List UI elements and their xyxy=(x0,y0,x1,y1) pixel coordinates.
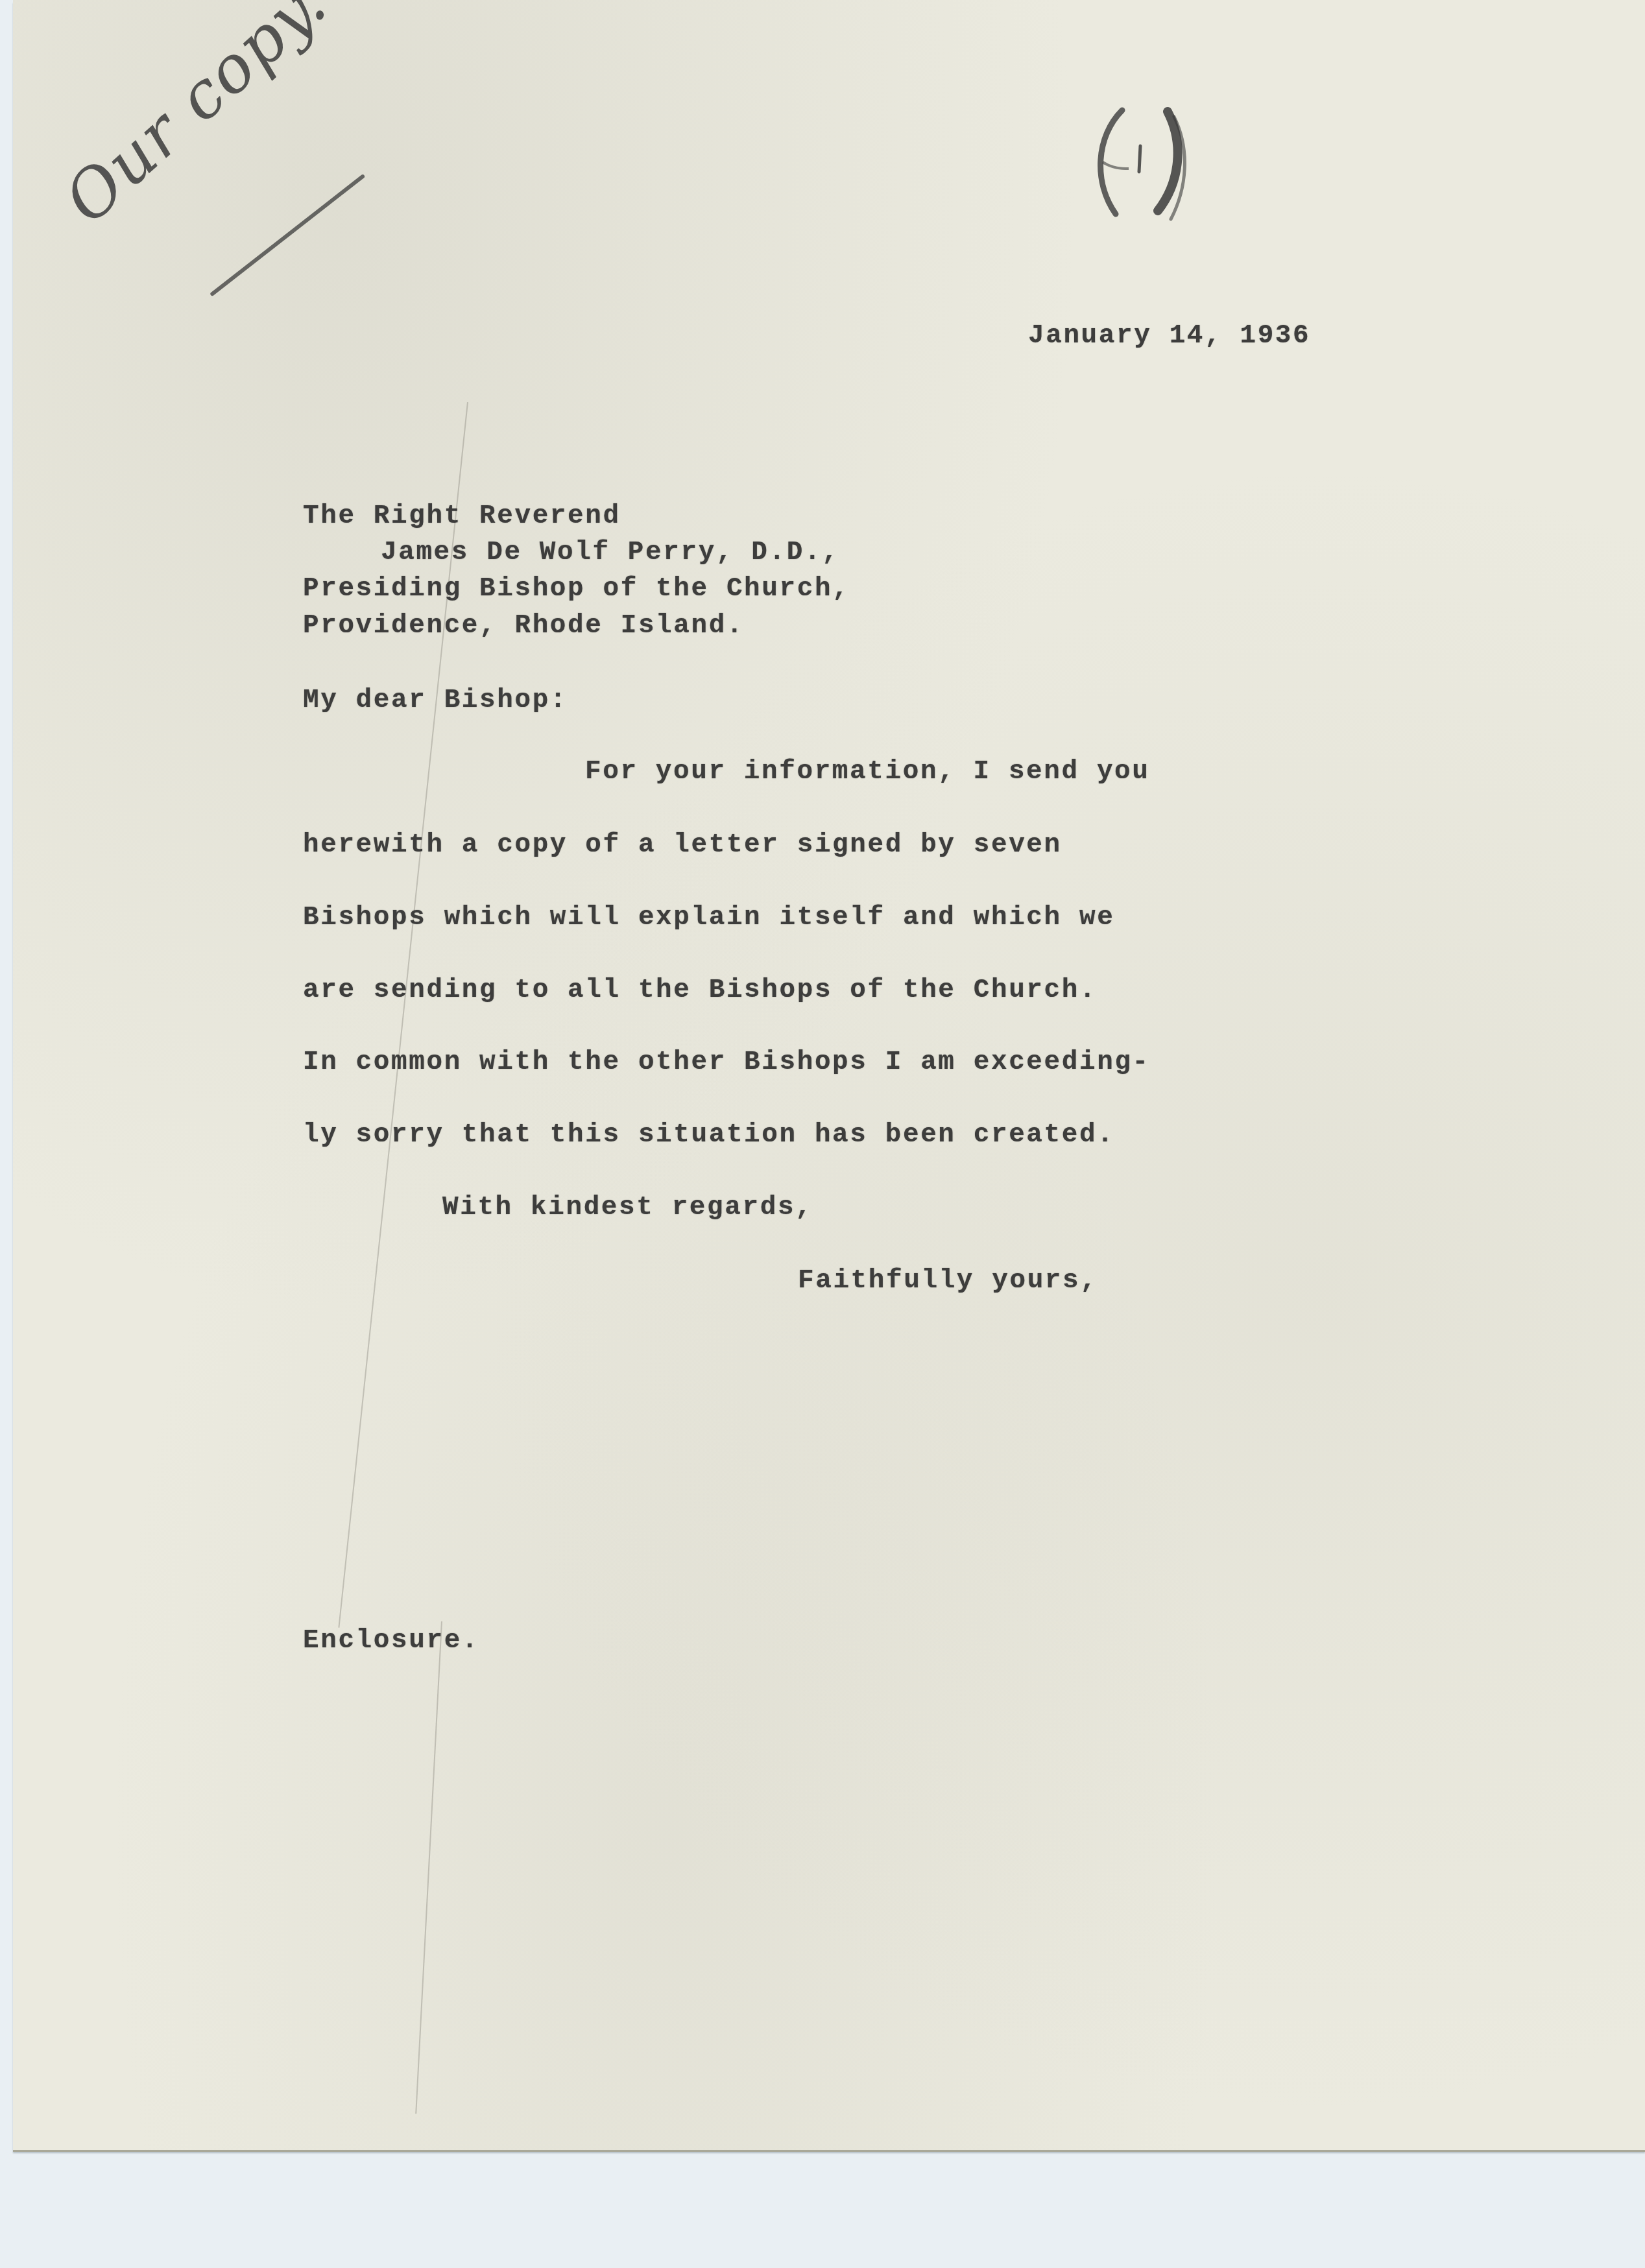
regards: With kindest regards, xyxy=(442,1195,813,1221)
page-number-annotation: (1) xyxy=(1077,104,1200,227)
body-line: ly sorry that this situation has been cr… xyxy=(303,1122,1114,1149)
body-line: herewith a copy of a letter signed by se… xyxy=(303,832,1062,859)
recipient-line-2: James De Wolf Perry, D.D., xyxy=(381,540,839,566)
recipient-line-3: Presiding Bishop of the Church, xyxy=(303,576,850,603)
recipient-line-1: The Right Reverend xyxy=(303,503,621,530)
body-line: For your information, I send you xyxy=(585,759,1150,785)
letter-date: January 14, 1936 xyxy=(1028,323,1310,350)
page-number-parentheses-icon xyxy=(1077,104,1200,227)
salutation: My dear Bishop: xyxy=(303,687,568,714)
handwritten-underline xyxy=(210,174,365,296)
body-line: In common with the other Bishops I am ex… xyxy=(303,1049,1150,1076)
handwritten-note: Our copy. xyxy=(50,0,341,238)
body-line: Bishops which will explain itself and wh… xyxy=(303,905,1114,931)
body-line: are sending to all the Bishops of the Ch… xyxy=(303,977,1097,1004)
recipient-line-4: Providence, Rhode Island. xyxy=(303,613,744,639)
letter-page: Our copy. (1) January 14, 1936 The Right… xyxy=(13,0,1645,2150)
enclosure-note: Enclosure. xyxy=(303,1628,479,1654)
paper-crease xyxy=(415,1621,442,2114)
closing: Faithfully yours, xyxy=(798,1268,1098,1295)
